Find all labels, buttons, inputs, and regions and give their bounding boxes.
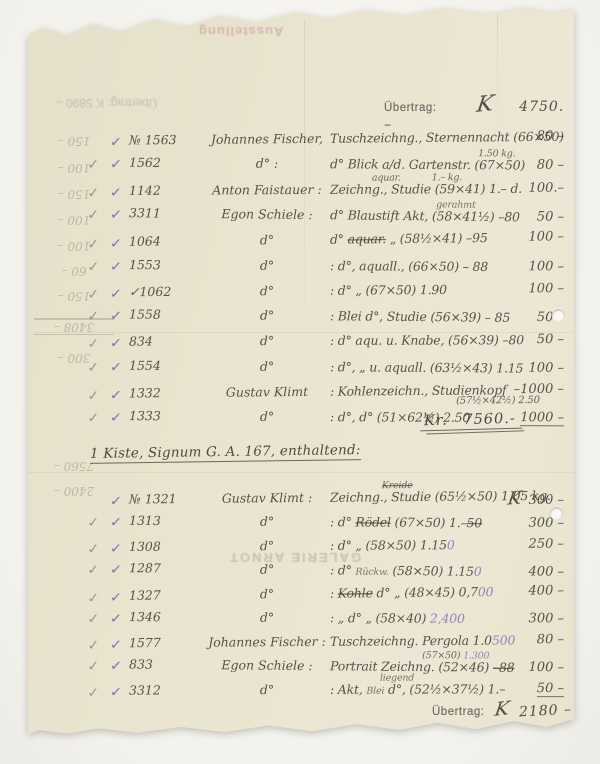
price: 80 – <box>480 129 564 145</box>
ink-check-icon: ✓ <box>110 542 123 557</box>
price-value: 100.– <box>528 180 564 195</box>
check-marks: ✓✓ <box>54 155 122 175</box>
text-fragment: Blei <box>366 686 384 697</box>
pencil-check-icon: ✓ <box>87 208 101 222</box>
text-fragment: Kreide <box>382 480 413 491</box>
scanned-ledger-page: Ausstellung Übertrag: K 5890 – GALERIE A… <box>0 0 600 764</box>
inventory-number: 1562 <box>129 155 205 171</box>
work-description: Zeichng., Studie (59×41) 1.– d.aquar. 1.… <box>330 181 490 197</box>
ledger-row: ✓✓1577Johannes Fischer :Tuschzeichng. Pe… <box>28 632 574 658</box>
work-description: Zeichng., Studie (65½×50) 1.05 kg.Kreide <box>330 488 490 504</box>
ink-check-icon: ✓ <box>110 515 123 530</box>
check-marks: ✓✓ <box>54 334 122 354</box>
work-description: : d° Rödel (67×50) 1.–50 <box>330 514 490 530</box>
text-fragment: (67×50) 1.– <box>391 515 467 531</box>
inventory-number: 1558 <box>129 307 205 323</box>
artist-name: d° <box>206 561 328 577</box>
artist-name: d° <box>206 257 328 273</box>
check-marks: ✓✓ <box>54 559 122 580</box>
text-fragment: (58×50) 1.15 <box>389 563 474 579</box>
section-sum: Kr. 7560.- <box>420 411 522 432</box>
ink-check-icon: ✓ <box>110 135 123 150</box>
work-description: : Blei d°, Studie (56×39) – 85 <box>330 308 490 324</box>
ledger-row: ✓✓833Egon Schiele :Portrait Zeichng. (52… <box>28 656 574 683</box>
artist-name: Egon Schiele : <box>206 657 328 673</box>
pencil-check-icon: ✓ <box>87 591 101 605</box>
crate-heading: 1 Kiste, Signum G. A. 167, enthaltend: <box>90 442 361 464</box>
text-fragment: 0 <box>447 537 455 552</box>
price-value: 250 – <box>528 537 564 552</box>
check-marks: ✓✓ <box>54 183 122 203</box>
artist-name: d° <box>206 538 328 554</box>
ink-check-icon: ✓ <box>110 208 123 223</box>
check-marks: ✓✓ <box>54 656 122 677</box>
ink-check-icon: ✓ <box>110 237 123 252</box>
pencil-check-icon: ✓ <box>87 360 101 374</box>
ledger-row: ✓№ 1321Gustav Klimt :Zeichng., Studie (6… <box>28 488 574 515</box>
price-value: 100 – <box>528 281 564 296</box>
work-description: Tuschzeichng. Pergola 1.0500 <box>330 633 490 649</box>
price-value: 300 – <box>528 493 564 508</box>
ledger-row: ✓✓3311Egon Schiele :d° Blaustift Akt, (5… <box>28 204 574 232</box>
ledger-row: ✓✓1313d°: d° Rödel (67×50) 1.–50300 – <box>28 512 574 538</box>
inventory-number: 3312 <box>129 682 205 697</box>
price: 50 – <box>480 209 564 225</box>
ink-check-icon: ✓ <box>110 287 123 302</box>
check-marks: ✓✓ <box>54 204 122 225</box>
ink-check-icon: ✓ <box>110 685 123 700</box>
text-fragment: aquar. 1.– kg. <box>372 172 462 183</box>
check-marks: ✓✓ <box>54 512 122 532</box>
price: 100 – <box>480 281 564 297</box>
artist-name: d° <box>206 586 328 602</box>
ledger-row: ✓✓1327d°: Kohle d° „ (48×45) 0,700400 – <box>28 583 574 611</box>
price: 80 – <box>480 632 564 648</box>
currency-kronen-script: K <box>475 91 495 118</box>
work-description: : d° Rückw. (58×50) 1.150 <box>330 562 490 579</box>
sum-currency-label: Kr. <box>424 413 448 430</box>
ledger-row: ✓✓1287d°: d° Rückw. (58×50) 1.150400 – <box>28 559 574 587</box>
ledger-row: ✓✓1558d°: Blei d°, Studie (56×39) – 8550… <box>28 306 574 333</box>
inventory-number: 833 <box>129 656 205 672</box>
inventory-number: 1327 <box>129 587 205 603</box>
inventory-number: ✓1062 <box>129 283 205 299</box>
price-value: 50 – <box>537 332 564 347</box>
text-fragment: liegend <box>380 673 414 684</box>
work-description: : Akt, Blei d°, (52½×37½) 1.–liegend <box>330 681 490 697</box>
inventory-number: 1333 <box>129 408 205 423</box>
text-fragment: : d° <box>330 562 356 577</box>
artist-name: Johannes Fischer, <box>206 131 328 147</box>
ink-check-icon: ✓ <box>110 494 123 509</box>
check-marks: ✓✓ <box>54 635 122 655</box>
inventory-number: 1346 <box>129 609 205 624</box>
pencil-check-icon: ✓ <box>87 515 101 529</box>
annotation-above: Kreide <box>382 480 413 491</box>
price-value: 400 – <box>528 564 564 579</box>
check-marks: ✓✓ <box>54 539 122 559</box>
price-value: 300 – <box>529 611 565 626</box>
pencil-check-icon: ✓ <box>87 186 101 200</box>
price: 250 – <box>480 537 564 552</box>
pencil-check-icon: ✓ <box>87 659 101 673</box>
pencil-check-icon: ✓ <box>87 237 101 251</box>
check-marks: ✓✓ <box>54 256 122 276</box>
pencil-check-icon: ✓ <box>87 638 101 652</box>
punch-hole <box>552 309 565 322</box>
inventory-number: 1577 <box>129 635 205 651</box>
ledger-row: ✓✓1064d°d° aquar. „ (58½×41) –95100 – <box>28 229 574 257</box>
work-description: : Kohlenzeichn., Studienkopf(57½×42½) 2.… <box>330 382 490 398</box>
price: 400 – <box>480 564 564 580</box>
pencil-check-icon: ✓ <box>87 411 101 425</box>
ink-check-icon: ✓ <box>110 563 123 578</box>
text-fragment: : Akt, <box>330 682 366 697</box>
annotation-above: gerahmt <box>436 199 476 210</box>
price: 100 – <box>480 360 564 376</box>
check-marks: ✓ <box>54 133 122 154</box>
text-fragment: d° <box>330 232 348 247</box>
artist-name: Anton Faistauer : <box>206 181 328 197</box>
ink-check-icon: ✓ <box>110 259 123 274</box>
ink-check-icon: ✓ <box>110 612 123 627</box>
top-carryover-label: Übertrag: <box>384 102 436 114</box>
work-description: : Kohle d° „ (48×45) 0,700 <box>330 584 490 601</box>
text-fragment: Rückw. <box>355 567 388 578</box>
text-fragment: „ (58½×41) –95 <box>386 230 488 246</box>
pencil-check-icon: ✓ <box>87 337 101 351</box>
text-fragment: : d° „ (67×50) 1.90 <box>330 282 447 298</box>
price: 300 – <box>480 611 564 626</box>
check-marks: ✓✓ <box>54 234 122 255</box>
pencil-check-icon: ✓ <box>87 389 101 403</box>
text-fragment: Rödel <box>355 514 390 529</box>
text-fragment: 2,400 <box>430 611 465 626</box>
inventory-number: 834 <box>129 334 205 349</box>
price: 400 – <box>480 583 564 599</box>
price-value: –1000 – <box>514 382 564 397</box>
work-description: d° aquar. „ (58½×41) –95 <box>330 230 490 247</box>
price-value: 1000 – <box>520 410 564 426</box>
ledger-row: ✓✓1346d°: „ d° „ (58×40) 2,400300 – <box>28 609 574 634</box>
check-marks: ✓✓ <box>54 408 122 428</box>
ink-check-icon: ✓ <box>110 638 123 653</box>
annotation-above: liegend <box>380 673 414 684</box>
pencil-check-icon: ✓ <box>87 259 101 273</box>
artist-name: d° <box>206 409 328 425</box>
artist-name: d° <box>206 283 328 299</box>
work-description: : d° aqu. u. Knabe, (56×39) –80 <box>330 333 490 349</box>
artist-name: d° <box>206 232 328 248</box>
currency-kronen-script: K <box>493 697 511 720</box>
price-value: 50 – <box>537 681 564 697</box>
inventory-number: 1332 <box>129 385 205 401</box>
ledger-row: ✓✓1553d°: d°, aquall., (66×50) – 88100 – <box>28 256 574 281</box>
text-fragment: : d° „ (58×50) 1.15 <box>330 537 447 553</box>
artist-name: d° : <box>206 156 328 172</box>
top-carryover: Übertrag: K 4750. – <box>384 92 570 133</box>
ink-check-icon: ✓ <box>110 411 123 426</box>
check-marks: ✓✓ <box>54 588 122 609</box>
price: 100.– <box>480 180 564 195</box>
sum-amount: 7560.- <box>463 411 516 428</box>
ghost-exhibition-stamp: Ausstellung <box>198 24 283 39</box>
text-fragment: : d°, aquall., (66×50) – 88 <box>330 258 488 274</box>
check-marks: ✓✓ <box>54 683 122 703</box>
artist-name: Johannes Fischer : <box>206 634 328 650</box>
check-marks: ✓ <box>54 492 122 513</box>
pencil-check-icon: ✓ <box>87 158 101 172</box>
text-fragment: : „ d° „ (58×40) <box>330 610 430 626</box>
price: 100 – <box>480 229 564 245</box>
ink-check-icon: ✓ <box>110 591 123 606</box>
bottom-carryover: Übertrag: K 2180 – <box>432 698 572 720</box>
price-value: 100 – <box>528 229 564 244</box>
price: 50 – <box>480 681 564 696</box>
work-description: : d° „ (67×50) 1.90 <box>330 281 490 297</box>
artist-name: d° <box>206 307 328 323</box>
text-fragment: (57×50) <box>422 650 463 661</box>
inventory-number: 3311 <box>129 205 205 221</box>
annotation-above: aquar. 1.– kg. <box>372 172 462 183</box>
price: 100 – <box>480 660 564 676</box>
check-marks: ✓✓ <box>54 609 122 629</box>
ink-check-icon: ✓ <box>110 337 123 352</box>
price: 80 – <box>480 158 564 174</box>
ink-check-icon: ✓ <box>110 659 123 674</box>
inventory-number: 1064 <box>129 233 205 249</box>
work-description: : d° „ (58×50) 1.150 <box>330 537 490 553</box>
text-fragment: Kohle <box>338 585 373 600</box>
inventory-number: 1313 <box>129 513 205 529</box>
inventory-number: 1553 <box>129 257 205 272</box>
text-fragment: aquar. <box>348 231 386 246</box>
ink-check-icon: ✓ <box>110 309 123 324</box>
inventory-number: 1308 <box>129 539 205 554</box>
price-value: 80 – <box>537 129 564 144</box>
artist-name: Gustav Klimt : <box>206 490 328 506</box>
ink-check-icon: ✓ <box>110 185 123 200</box>
check-marks: ✓✓ <box>54 357 122 377</box>
price: 50 – <box>480 332 564 347</box>
price: 100 – <box>480 258 564 273</box>
price-value: 80 – <box>537 158 564 173</box>
ink-check-icon: ✓ <box>110 360 123 375</box>
ledger-row: ✓✓1308d°: d° „ (58×50) 1.150250 – <box>28 537 574 562</box>
pencil-check-icon: ✓ <box>87 563 101 577</box>
inventory-number: 1554 <box>129 357 205 373</box>
work-description: d° Blick a/d. Gartenstr. (67×50)1.50 kg. <box>330 156 490 172</box>
inventory-number: 1287 <box>129 560 205 576</box>
ink-check-icon: ✓ <box>110 388 123 403</box>
check-marks: ✓✓ <box>54 386 122 407</box>
artist-name: d° <box>206 358 328 374</box>
currency-kronen-script: K <box>507 488 523 510</box>
inventory-number: № 1321 <box>129 491 205 507</box>
work-description: Tuschzeichng., Sternennacht (66×50) <box>330 129 490 145</box>
bottom-carryover-label: Übertrag: <box>432 706 484 718</box>
bottom-carryover-amount: 2180 – <box>519 702 573 721</box>
ledger-row: ✓✓1142Anton Faistauer :Zeichng., Studie … <box>28 180 574 205</box>
price-value: 100 – <box>529 360 565 375</box>
check-marks: ✓✓ <box>54 284 122 304</box>
horizontal-crease <box>28 472 574 473</box>
inventory-number: 1142 <box>129 182 205 197</box>
text-fragment: : d° <box>330 514 356 529</box>
artist-name: d° <box>206 513 328 529</box>
check-marks: ✓✓ <box>54 306 122 327</box>
ledger-row: ✓✓1554d°: d°, „ u. aquall. (63½×43) 1.15… <box>28 357 574 383</box>
ledger-row: ✓✓✓1062d°: d° „ (67×50) 1.90100 – <box>28 281 574 307</box>
pencil-check-icon: ✓ <box>87 287 101 301</box>
text-fragment: Tuschzeichng. Pergola 1.0 <box>330 633 492 649</box>
pencil-check-icon: ✓ <box>87 309 101 323</box>
price-value: 80 – <box>537 632 564 647</box>
text-fragment: gerahmt <box>436 199 476 210</box>
work-description: : d°, „ u. aquall. (63½×43) 1.15 <box>330 359 490 375</box>
work-description: d° Blaustift Akt, (58×41½) –80gerahmt <box>330 207 490 224</box>
ledger-row: ✓✓1332Gustav Klimt: Kohlenzeichn., Studi… <box>28 382 574 409</box>
artist-name: d° <box>206 333 328 348</box>
text-fragment: : <box>330 586 338 601</box>
inventory-number: № 1563 <box>129 132 205 148</box>
ledger-row: ✓✓1562d° :d° Blick a/d. Gartenstr. (67×5… <box>28 154 574 180</box>
ghost-carryover-text: Übertrag: K 5890 – <box>56 96 157 110</box>
artist-name: Gustav Klimt <box>206 384 328 400</box>
artist-name: d° <box>206 610 328 626</box>
ledger-row: ✓✓834d°: d° aqu. u. Knabe, (56×39) –8050… <box>28 332 574 356</box>
work-description: : d°, aquall., (66×50) – 88 <box>330 258 490 274</box>
price: –1000 – <box>480 382 564 398</box>
paper-shadow: Ausstellung Übertrag: K 5890 – GALERIE A… <box>0 0 600 764</box>
work-description: : „ d° „ (58×40) 2,400 <box>330 610 490 626</box>
price-value: 400 – <box>528 583 564 598</box>
artist-name: Egon Schiele : <box>206 206 328 222</box>
text-fragment: d° „ (48×45) 0,7 <box>373 584 478 600</box>
paper: Ausstellung Übertrag: K 5890 – GALERIE A… <box>28 6 574 738</box>
price: K300 – <box>480 488 564 510</box>
pencil-check-icon: ✓ <box>87 686 101 700</box>
price-value: 100 – <box>529 660 565 675</box>
pencil-check-icon: ✓ <box>87 542 101 556</box>
pencil-check-icon: ✓ <box>87 612 101 626</box>
ink-check-icon: ✓ <box>110 158 123 173</box>
price-value: 50 – <box>537 209 564 224</box>
artist-name: d° <box>206 682 328 697</box>
punch-hole <box>550 507 563 520</box>
price-value: 100 – <box>529 259 565 274</box>
